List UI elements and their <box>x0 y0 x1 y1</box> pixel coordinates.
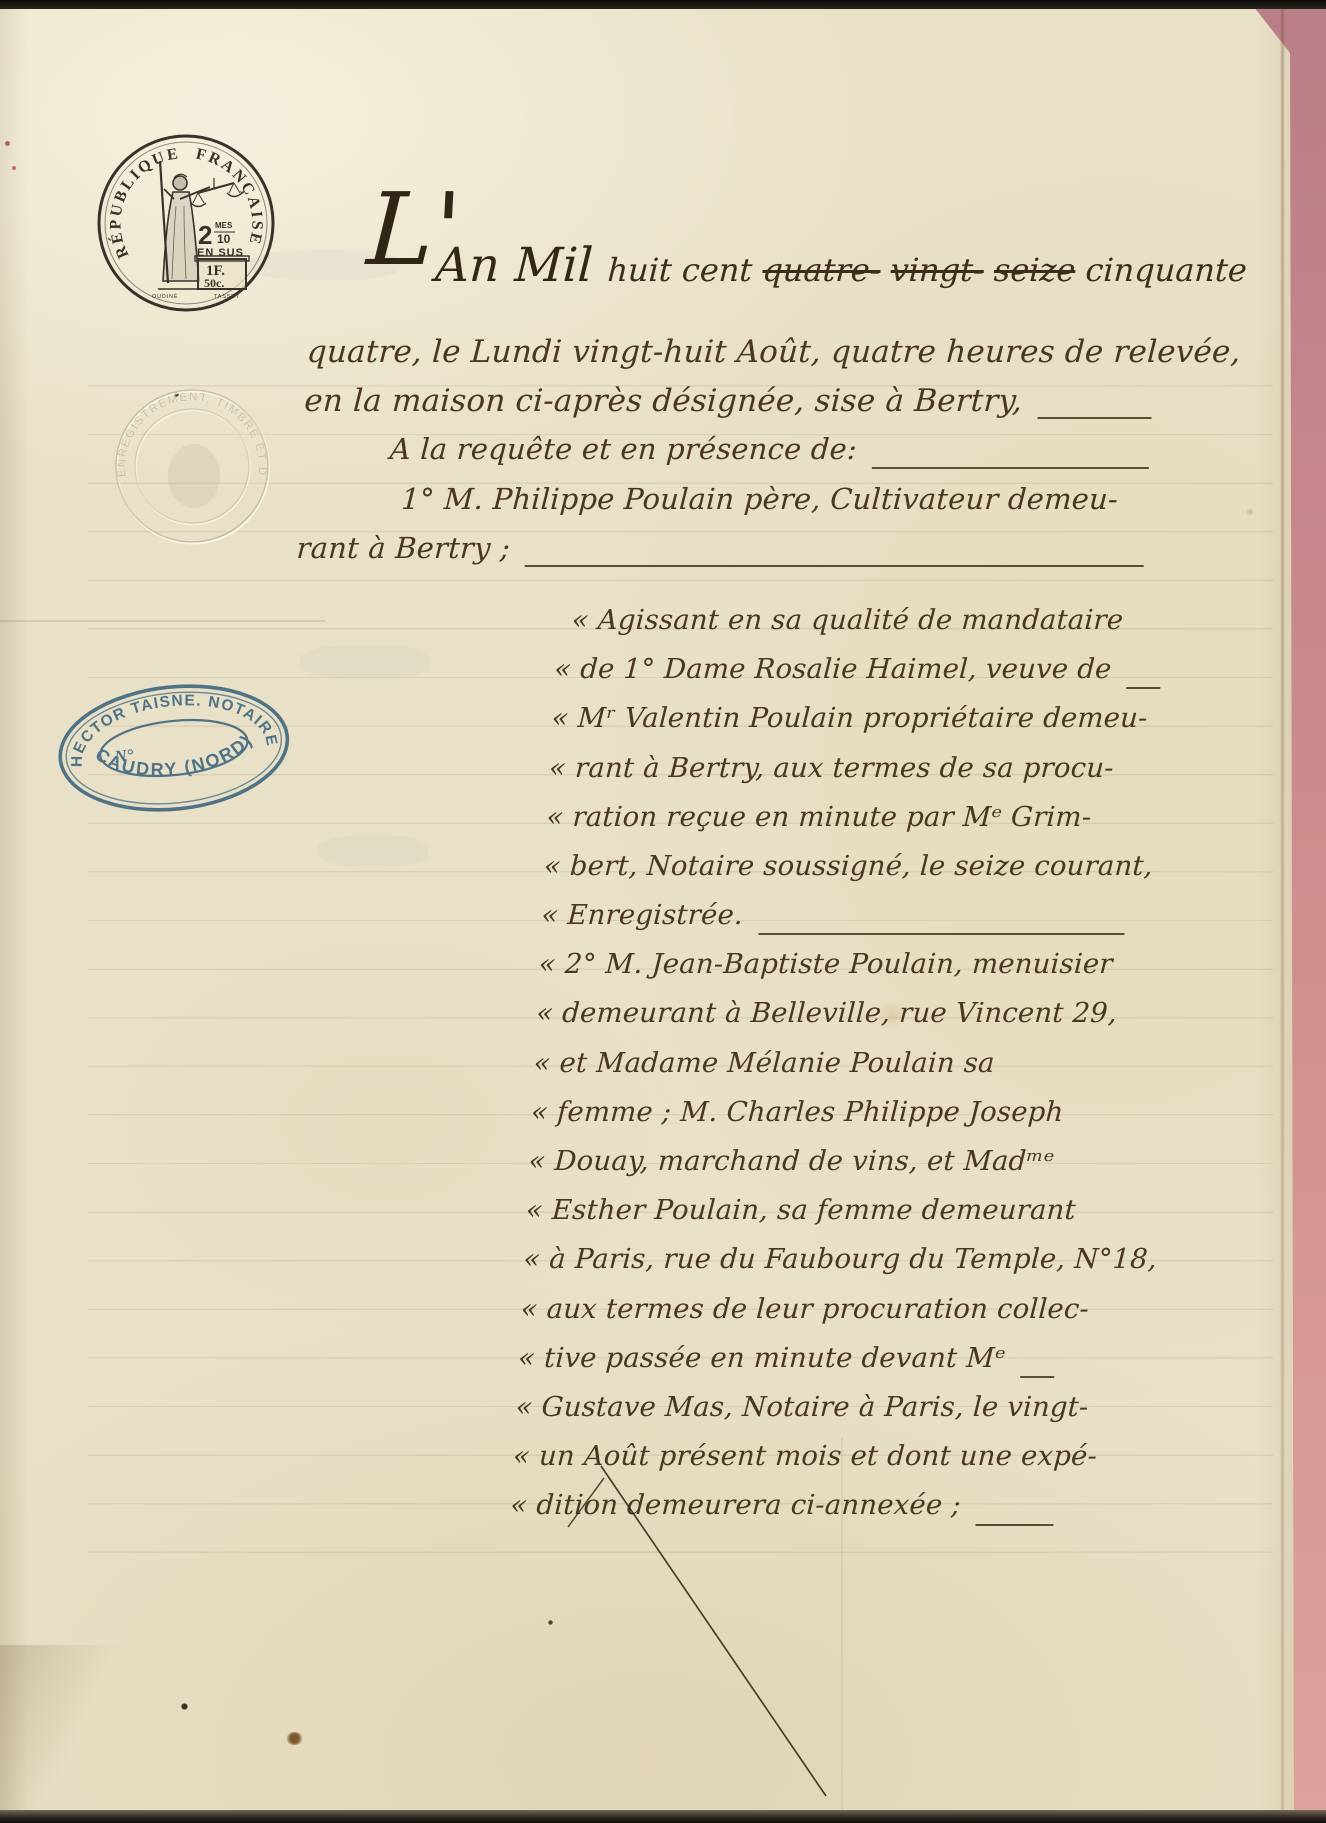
struck-word: vingt- <box>890 251 985 289</box>
manuscript-line-text: « un Août présent mois et dont une expé- <box>512 1440 1098 1472</box>
manuscript-line: « Mʳ Valentin Poulain propriétaire demeu… <box>284 702 1147 751</box>
opening-word: cinquante <box>1074 251 1248 289</box>
manuscript-line: « Enregistrée. <box>274 899 1137 948</box>
struck-word: seize <box>993 251 1076 289</box>
scan-top-edge <box>0 0 1326 9</box>
red-speck <box>5 141 10 146</box>
engraver-name: TASSET <box>214 294 240 300</box>
manuscript-line: en la maison ci-après désignée, sise à B… <box>301 383 1164 432</box>
paper-crease <box>0 620 325 622</box>
price-50c: 50c. <box>204 276 224 290</box>
manuscript-line: « à Paris, rue du Faubourg du Temple, N°… <box>256 1243 1119 1292</box>
scan-bottom-edge <box>0 1810 1326 1823</box>
surcharge-2: 2 <box>198 220 212 250</box>
manuscript-line: « dition demeurera ci-annexée ; <box>243 1489 1106 1538</box>
manuscript-line: « ration reçue en minute par Mᵉ Grim- <box>279 801 1142 850</box>
manuscript-line-text: « de 1° Dame Rosalie Haimel, veuve de <box>553 653 1112 685</box>
manuscript-line-text: 1° M. Philippe Poulain père, Cultivateur… <box>400 482 1119 516</box>
ink-rule <box>1037 417 1151 419</box>
surcharge-mes: MES <box>215 221 233 230</box>
scanned-document-page: RÉPUBLIQUE FRANÇAISE <box>0 0 1326 1823</box>
manuscript-line: « et Madame Mélanie Poulain sa <box>266 1047 1129 1096</box>
notary-stamp-number-label: N° <box>112 745 134 766</box>
ink-rule <box>525 565 1144 567</box>
opening-segments: An Mil huit cent quatre- vingt- seize ci… <box>434 238 1249 293</box>
manuscript-line-text: « 2° M. Jean-Baptiste Poulain, menuisier <box>538 948 1114 980</box>
manuscript-line: « aux termes de leur procuration collec- <box>253 1293 1116 1342</box>
manuscript-line: rant à Bertry ; <box>293 531 1156 580</box>
manuscript-line: quatre, le Lundi vingt-huit Août, quatre… <box>303 334 1166 383</box>
manuscript-line-text: quatre, le Lundi vingt-huit Août, quatre… <box>306 334 1242 370</box>
manuscript-line-text: « et Madame Mélanie Poulain sa <box>533 1047 996 1079</box>
opening-word: huit cent <box>607 251 764 289</box>
ink-rule <box>1020 1376 1054 1378</box>
manuscript-line-text: « Gustave Mas, Notaire à Paris, le vingt… <box>515 1391 1090 1423</box>
manuscript-line-text: « dition demeurera ci-annexée ; <box>510 1489 962 1521</box>
ink-rule <box>758 933 1125 935</box>
manuscript-line: A la requête et en présence de: <box>298 432 1161 481</box>
manuscript-line: « demeurant à Belleville, rue Vincent 29… <box>269 997 1132 1046</box>
opening-word: An Mil <box>434 238 609 293</box>
manuscript-line: « Esther Poulain, sa femme demeurant <box>258 1194 1121 1243</box>
manuscript: L' An Mil huit cent quatre- vingt- seize… <box>243 194 1173 1539</box>
corner-fold-shadow <box>0 1645 130 1810</box>
red-speck <box>12 166 16 170</box>
manuscript-line-text: A la requête et en présence de: <box>389 432 858 466</box>
manuscript-line: 1° M. Philippe Poulain père, Cultivateur… <box>296 482 1159 531</box>
manuscript-line-text: « Mʳ Valentin Poulain propriétaire demeu… <box>551 702 1149 734</box>
stamp-surcharge: 2 MES 10 EN SUS <box>197 220 244 259</box>
surcharge-ensus: EN SUS <box>197 247 244 259</box>
revenue-stamp: RÉPUBLIQUE FRANÇAISE <box>94 131 278 315</box>
ink-rule <box>976 1524 1054 1526</box>
surcharge-10: 10 <box>217 232 231 246</box>
manuscript-line: « de 1° Dame Rosalie Haimel, veuve de <box>287 653 1150 702</box>
manuscript-line-text: « femme ; M. Charles Philippe Joseph <box>530 1096 1064 1128</box>
manuscript-line-text: « rant à Bertry, aux termes de sa procu- <box>548 752 1114 784</box>
manuscript-line-text: « Douay, marchand de vins, et Madᵐᵉ <box>528 1145 1056 1177</box>
manuscript-line: « Gustave Mas, Notaire à Paris, le vingt… <box>248 1391 1111 1440</box>
ink-rule <box>1127 687 1161 689</box>
manuscript-lines: quatre, le Lundi vingt-huit Août, quatre… <box>243 334 1166 1539</box>
manuscript-line: « femme ; M. Charles Philippe Joseph <box>263 1096 1126 1145</box>
opening-line: L' An Mil huit cent quatre- vingt- seize… <box>306 194 1173 334</box>
notary-stamp: HECTOR TAISNE. NOTAIRE CAUDRY (NORD) N° <box>41 667 306 833</box>
manuscript-line: « un Août présent mois et dont une expé- <box>245 1440 1108 1489</box>
engraver-name: OUDINÉ <box>152 293 178 300</box>
stain <box>548 1620 553 1625</box>
manuscript-line-text: en la maison ci-après désignée, sise à B… <box>303 383 1023 419</box>
manuscript-line-text: rant à Bertry ; <box>296 531 511 565</box>
manuscript-line-text: « ration reçue en minute par Mᵉ Grim- <box>546 801 1092 833</box>
manuscript-line-text: « à Paris, rue du Faubourg du Temple, N°… <box>523 1243 1158 1275</box>
manuscript-line: « rant à Bertry, aux termes de sa procu- <box>281 752 1144 801</box>
manuscript-line: « tive passée en minute devant Mᵉ <box>251 1342 1114 1391</box>
manuscript-line-text: « tive passée en minute devant Mᵉ <box>517 1342 1006 1374</box>
manuscript-line-text: « Enregistrée. <box>541 899 744 931</box>
stain <box>181 1703 188 1710</box>
manuscript-line-text: « demeurant à Belleville, rue Vincent 29… <box>535 997 1117 1029</box>
manuscript-line: « Douay, marchand de vins, et Madᵐᵉ <box>261 1145 1124 1194</box>
manuscript-line: « Agissant en sa qualité de mandataire <box>289 604 1152 653</box>
stain <box>1245 508 1255 516</box>
manuscript-line: « bert, Notaire soussigné, le seize cour… <box>276 850 1139 899</box>
manuscript-line-text: « Esther Poulain, sa femme demeurant <box>525 1194 1077 1226</box>
stain <box>286 1732 303 1745</box>
stamp-price-pedestal: 1F. 50c. <box>195 256 249 290</box>
manuscript-line-text: « aux termes de leur procuration collec- <box>520 1293 1090 1325</box>
manuscript-line-text: « bert, Notaire soussigné, le seize cour… <box>543 850 1153 882</box>
manuscript-line: « 2° M. Jean-Baptiste Poulain, menuisier <box>271 948 1134 997</box>
embossed-seal: ENREGISTREMENT, TIMBRE ET DOMAINES <box>110 384 274 548</box>
ink-rule <box>872 467 1149 469</box>
manuscript-line-text: « Agissant en sa qualité de mandataire <box>571 604 1124 636</box>
paper-right-edge <box>1281 7 1284 1813</box>
struck-word: quatre- <box>762 251 882 289</box>
